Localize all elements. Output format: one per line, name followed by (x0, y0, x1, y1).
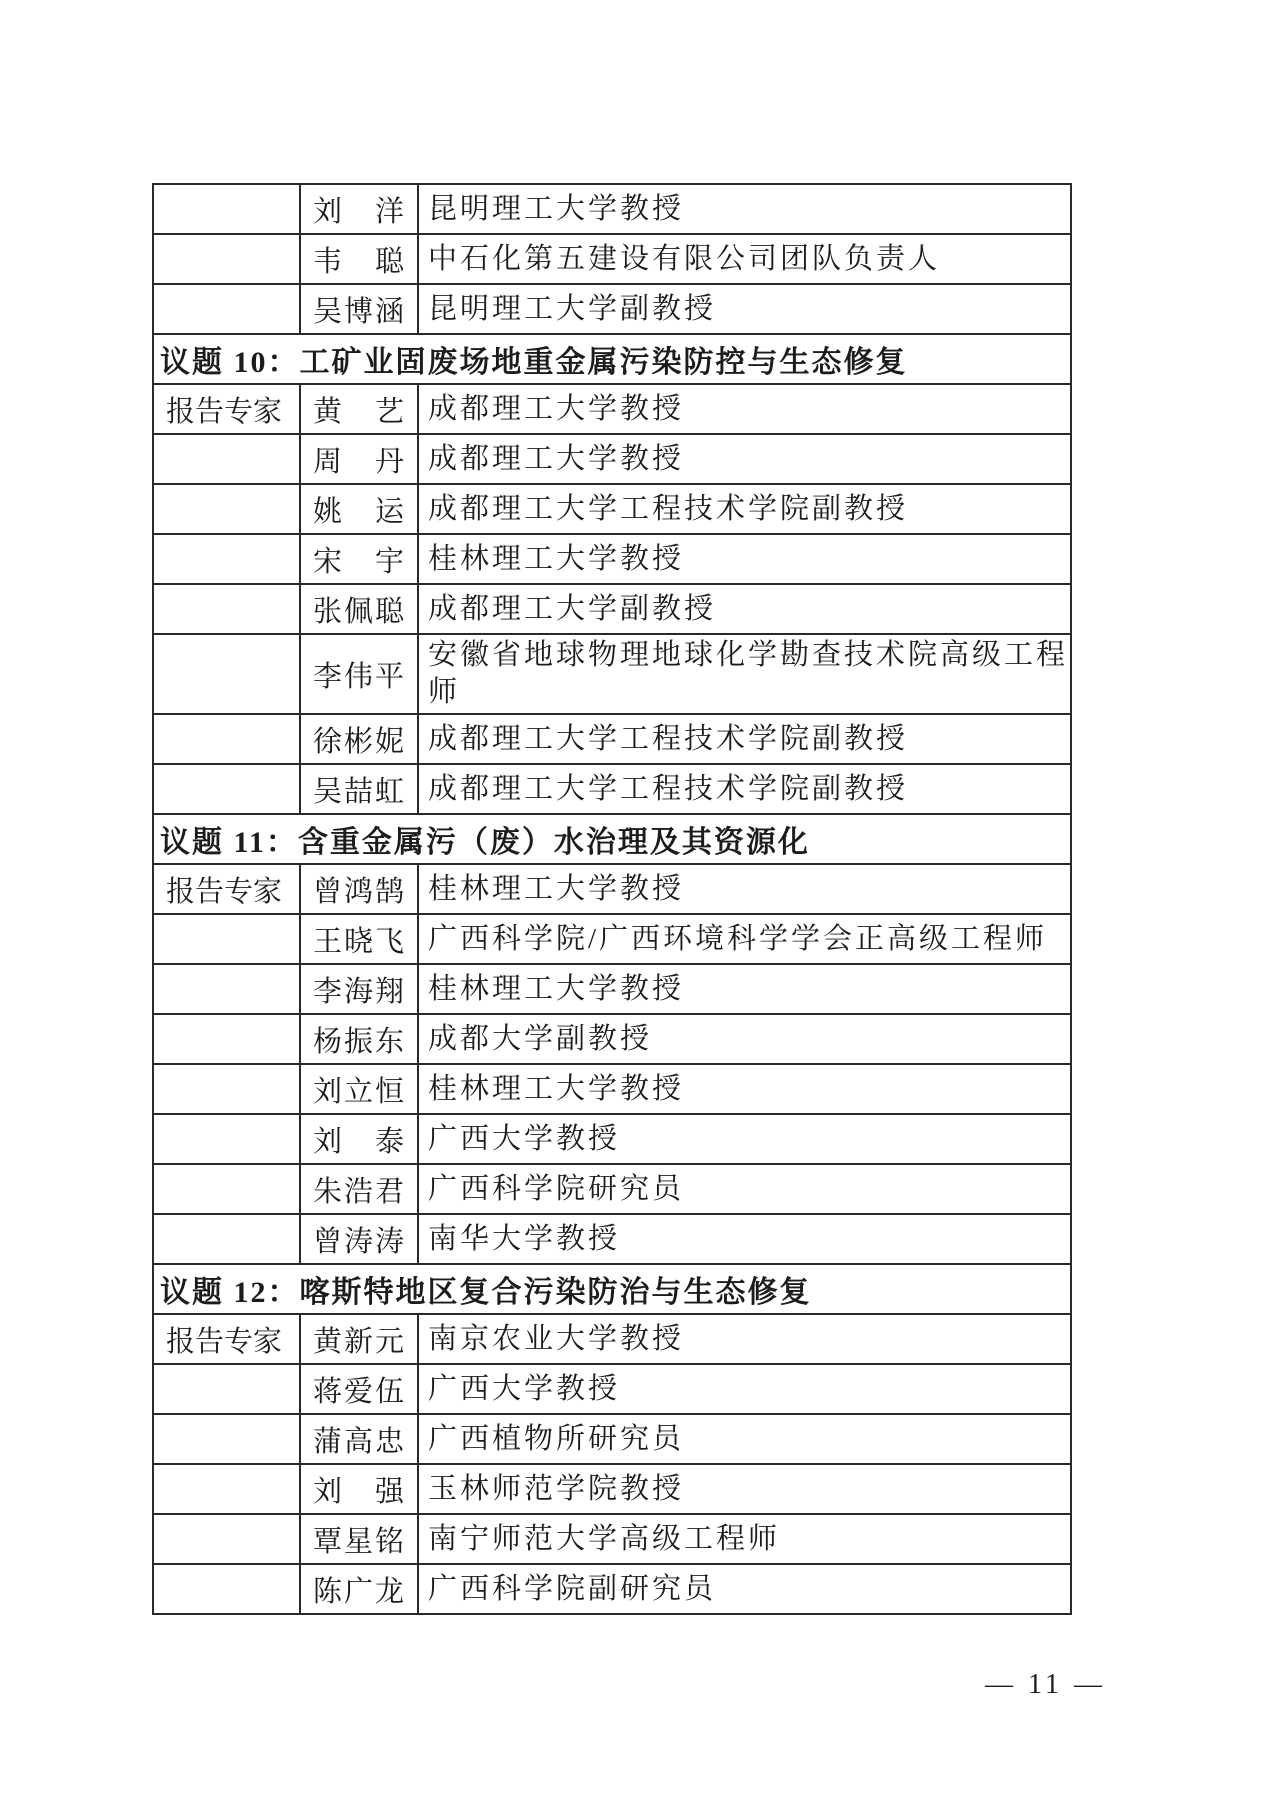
label-cell: 报告专家 (153, 1314, 300, 1364)
affiliation-cell: 成都理工大学工程技术学院副教授 (418, 714, 1071, 764)
table-row: 刘 泰广西大学教授 (153, 1114, 1071, 1164)
table-row: 报告专家黄新元南京农业大学教授 (153, 1314, 1071, 1364)
label-cell (153, 1464, 300, 1514)
affiliation-cell: 成都理工大学工程技术学院副教授 (418, 484, 1071, 534)
name-cell: 吴博涵 (300, 284, 418, 334)
affiliation-cell: 中石化第五建设有限公司团队负责人 (418, 234, 1071, 284)
label-cell (153, 534, 300, 584)
table-row: 刘 强玉林师范学院教授 (153, 1464, 1071, 1514)
affiliation-cell: 成都理工大学副教授 (418, 584, 1071, 634)
table-row: 报告专家曾鸿鹄桂林理工大学教授 (153, 864, 1071, 914)
affiliation-cell: 安徽省地球物理地球化学勘查技术院高级工程师 (418, 634, 1071, 714)
label-cell: 报告专家 (153, 384, 300, 434)
name-cell: 刘立恒 (300, 1064, 418, 1114)
section-header-text: 议题 11：含重金属污（废）水治理及其资源化 (153, 814, 1071, 864)
affiliation-cell: 南宁师范大学高级工程师 (418, 1514, 1071, 1564)
affiliation-cell: 桂林理工大学教授 (418, 864, 1071, 914)
name-cell: 蒲高忠 (300, 1414, 418, 1464)
label-cell (153, 1164, 300, 1214)
table-row: 李海翔桂林理工大学教授 (153, 964, 1071, 1014)
name-cell: 刘 洋 (300, 184, 418, 234)
label-cell (153, 1014, 300, 1064)
page-number: — 11 — (985, 1669, 1106, 1701)
affiliation-cell: 成都大学副教授 (418, 1014, 1071, 1064)
affiliation-cell: 广西科学院研究员 (418, 1164, 1071, 1214)
name-cell: 宋 宇 (300, 534, 418, 584)
affiliation-cell: 南华大学教授 (418, 1214, 1071, 1264)
label-cell (153, 1364, 300, 1414)
section-header-row: 议题 12：喀斯特地区复合污染防治与生态修复 (153, 1264, 1071, 1314)
label-cell (153, 1564, 300, 1614)
name-cell: 刘 强 (300, 1464, 418, 1514)
affiliation-cell: 桂林理工大学教授 (418, 964, 1071, 1014)
label-cell (153, 1214, 300, 1264)
label-cell (153, 914, 300, 964)
affiliation-cell: 成都理工大学教授 (418, 434, 1071, 484)
name-cell: 徐彬妮 (300, 714, 418, 764)
label-cell (153, 1114, 300, 1164)
label-cell (153, 1064, 300, 1114)
name-cell: 黄新元 (300, 1314, 418, 1364)
affiliation-cell: 桂林理工大学教授 (418, 534, 1071, 584)
affiliation-cell: 玉林师范学院教授 (418, 1464, 1071, 1514)
table-row: 刘立恒桂林理工大学教授 (153, 1064, 1071, 1114)
name-cell: 朱浩君 (300, 1164, 418, 1214)
name-cell: 陈广龙 (300, 1564, 418, 1614)
affiliation-cell: 广西大学教授 (418, 1364, 1071, 1414)
table-row: 韦 聪中石化第五建设有限公司团队负责人 (153, 234, 1071, 284)
section-header-row: 议题 11：含重金属污（废）水治理及其资源化 (153, 814, 1071, 864)
name-cell: 吴喆虹 (300, 764, 418, 814)
affiliation-cell: 广西科学院副研究员 (418, 1564, 1071, 1614)
label-cell (153, 964, 300, 1014)
table-row: 张佩聪成都理工大学副教授 (153, 584, 1071, 634)
label-cell (153, 1514, 300, 1564)
table-row: 蒋爱伍广西大学教授 (153, 1364, 1071, 1414)
affiliation-cell: 广西植物所研究员 (418, 1414, 1071, 1464)
affiliation-cell: 广西科学院/广西环境科学学会正高级工程师 (418, 914, 1071, 964)
name-cell: 蒋爱伍 (300, 1364, 418, 1414)
table-row: 宋 宇桂林理工大学教授 (153, 534, 1071, 584)
affiliation-cell: 南京农业大学教授 (418, 1314, 1071, 1364)
name-cell: 曾鸿鹄 (300, 864, 418, 914)
label-cell (153, 584, 300, 634)
table-row: 吴博涵昆明理工大学副教授 (153, 284, 1071, 334)
label-cell (153, 484, 300, 534)
table-row: 杨振东成都大学副教授 (153, 1014, 1071, 1064)
table-row: 刘 洋昆明理工大学教授 (153, 184, 1071, 234)
name-cell: 李海翔 (300, 964, 418, 1014)
name-cell: 李伟平 (300, 634, 418, 714)
label-cell: 报告专家 (153, 864, 300, 914)
name-cell: 姚 运 (300, 484, 418, 534)
table-row: 王晓飞广西科学院/广西环境科学学会正高级工程师 (153, 914, 1071, 964)
label-cell (153, 714, 300, 764)
name-cell: 韦 聪 (300, 234, 418, 284)
section-header-row: 议题 10：工矿业固废场地重金属污染防控与生态修复 (153, 334, 1071, 384)
label-cell (153, 284, 300, 334)
label-cell (153, 234, 300, 284)
table-row: 吴喆虹成都理工大学工程技术学院副教授 (153, 764, 1071, 814)
name-cell: 曾涛涛 (300, 1214, 418, 1264)
affiliation-cell: 桂林理工大学教授 (418, 1064, 1071, 1114)
table-row: 陈广龙广西科学院副研究员 (153, 1564, 1071, 1614)
table-row: 朱浩君广西科学院研究员 (153, 1164, 1071, 1214)
name-cell: 黄 艺 (300, 384, 418, 434)
affiliation-cell: 成都理工大学教授 (418, 384, 1071, 434)
table-row: 李伟平安徽省地球物理地球化学勘查技术院高级工程师 (153, 634, 1071, 714)
label-cell (153, 1414, 300, 1464)
name-cell: 王晓飞 (300, 914, 418, 964)
table-row: 周 丹成都理工大学教授 (153, 434, 1071, 484)
label-cell (153, 434, 300, 484)
section-header-text: 议题 10：工矿业固废场地重金属污染防控与生态修复 (153, 334, 1071, 384)
table-row: 蒲高忠广西植物所研究员 (153, 1414, 1071, 1464)
affiliation-cell: 广西大学教授 (418, 1114, 1071, 1164)
table-row: 姚 运成都理工大学工程技术学院副教授 (153, 484, 1071, 534)
section-header-text: 议题 12：喀斯特地区复合污染防治与生态修复 (153, 1264, 1071, 1314)
affiliation-cell: 成都理工大学工程技术学院副教授 (418, 764, 1071, 814)
label-cell (153, 184, 300, 234)
label-cell (153, 634, 300, 714)
table-row: 徐彬妮成都理工大学工程技术学院副教授 (153, 714, 1071, 764)
name-cell: 张佩聪 (300, 584, 418, 634)
name-cell: 周 丹 (300, 434, 418, 484)
affiliation-cell: 昆明理工大学教授 (418, 184, 1071, 234)
name-cell: 覃星铭 (300, 1514, 418, 1564)
name-cell: 刘 泰 (300, 1114, 418, 1164)
affiliation-cell: 昆明理工大学副教授 (418, 284, 1071, 334)
table-row: 曾涛涛南华大学教授 (153, 1214, 1071, 1264)
label-cell (153, 764, 300, 814)
name-cell: 杨振东 (300, 1014, 418, 1064)
table-row: 覃星铭南宁师范大学高级工程师 (153, 1514, 1071, 1564)
speakers-table: 刘 洋昆明理工大学教授韦 聪中石化第五建设有限公司团队负责人吴博涵昆明理工大学副… (152, 183, 1072, 1615)
table-row: 报告专家黄 艺成都理工大学教授 (153, 384, 1071, 434)
